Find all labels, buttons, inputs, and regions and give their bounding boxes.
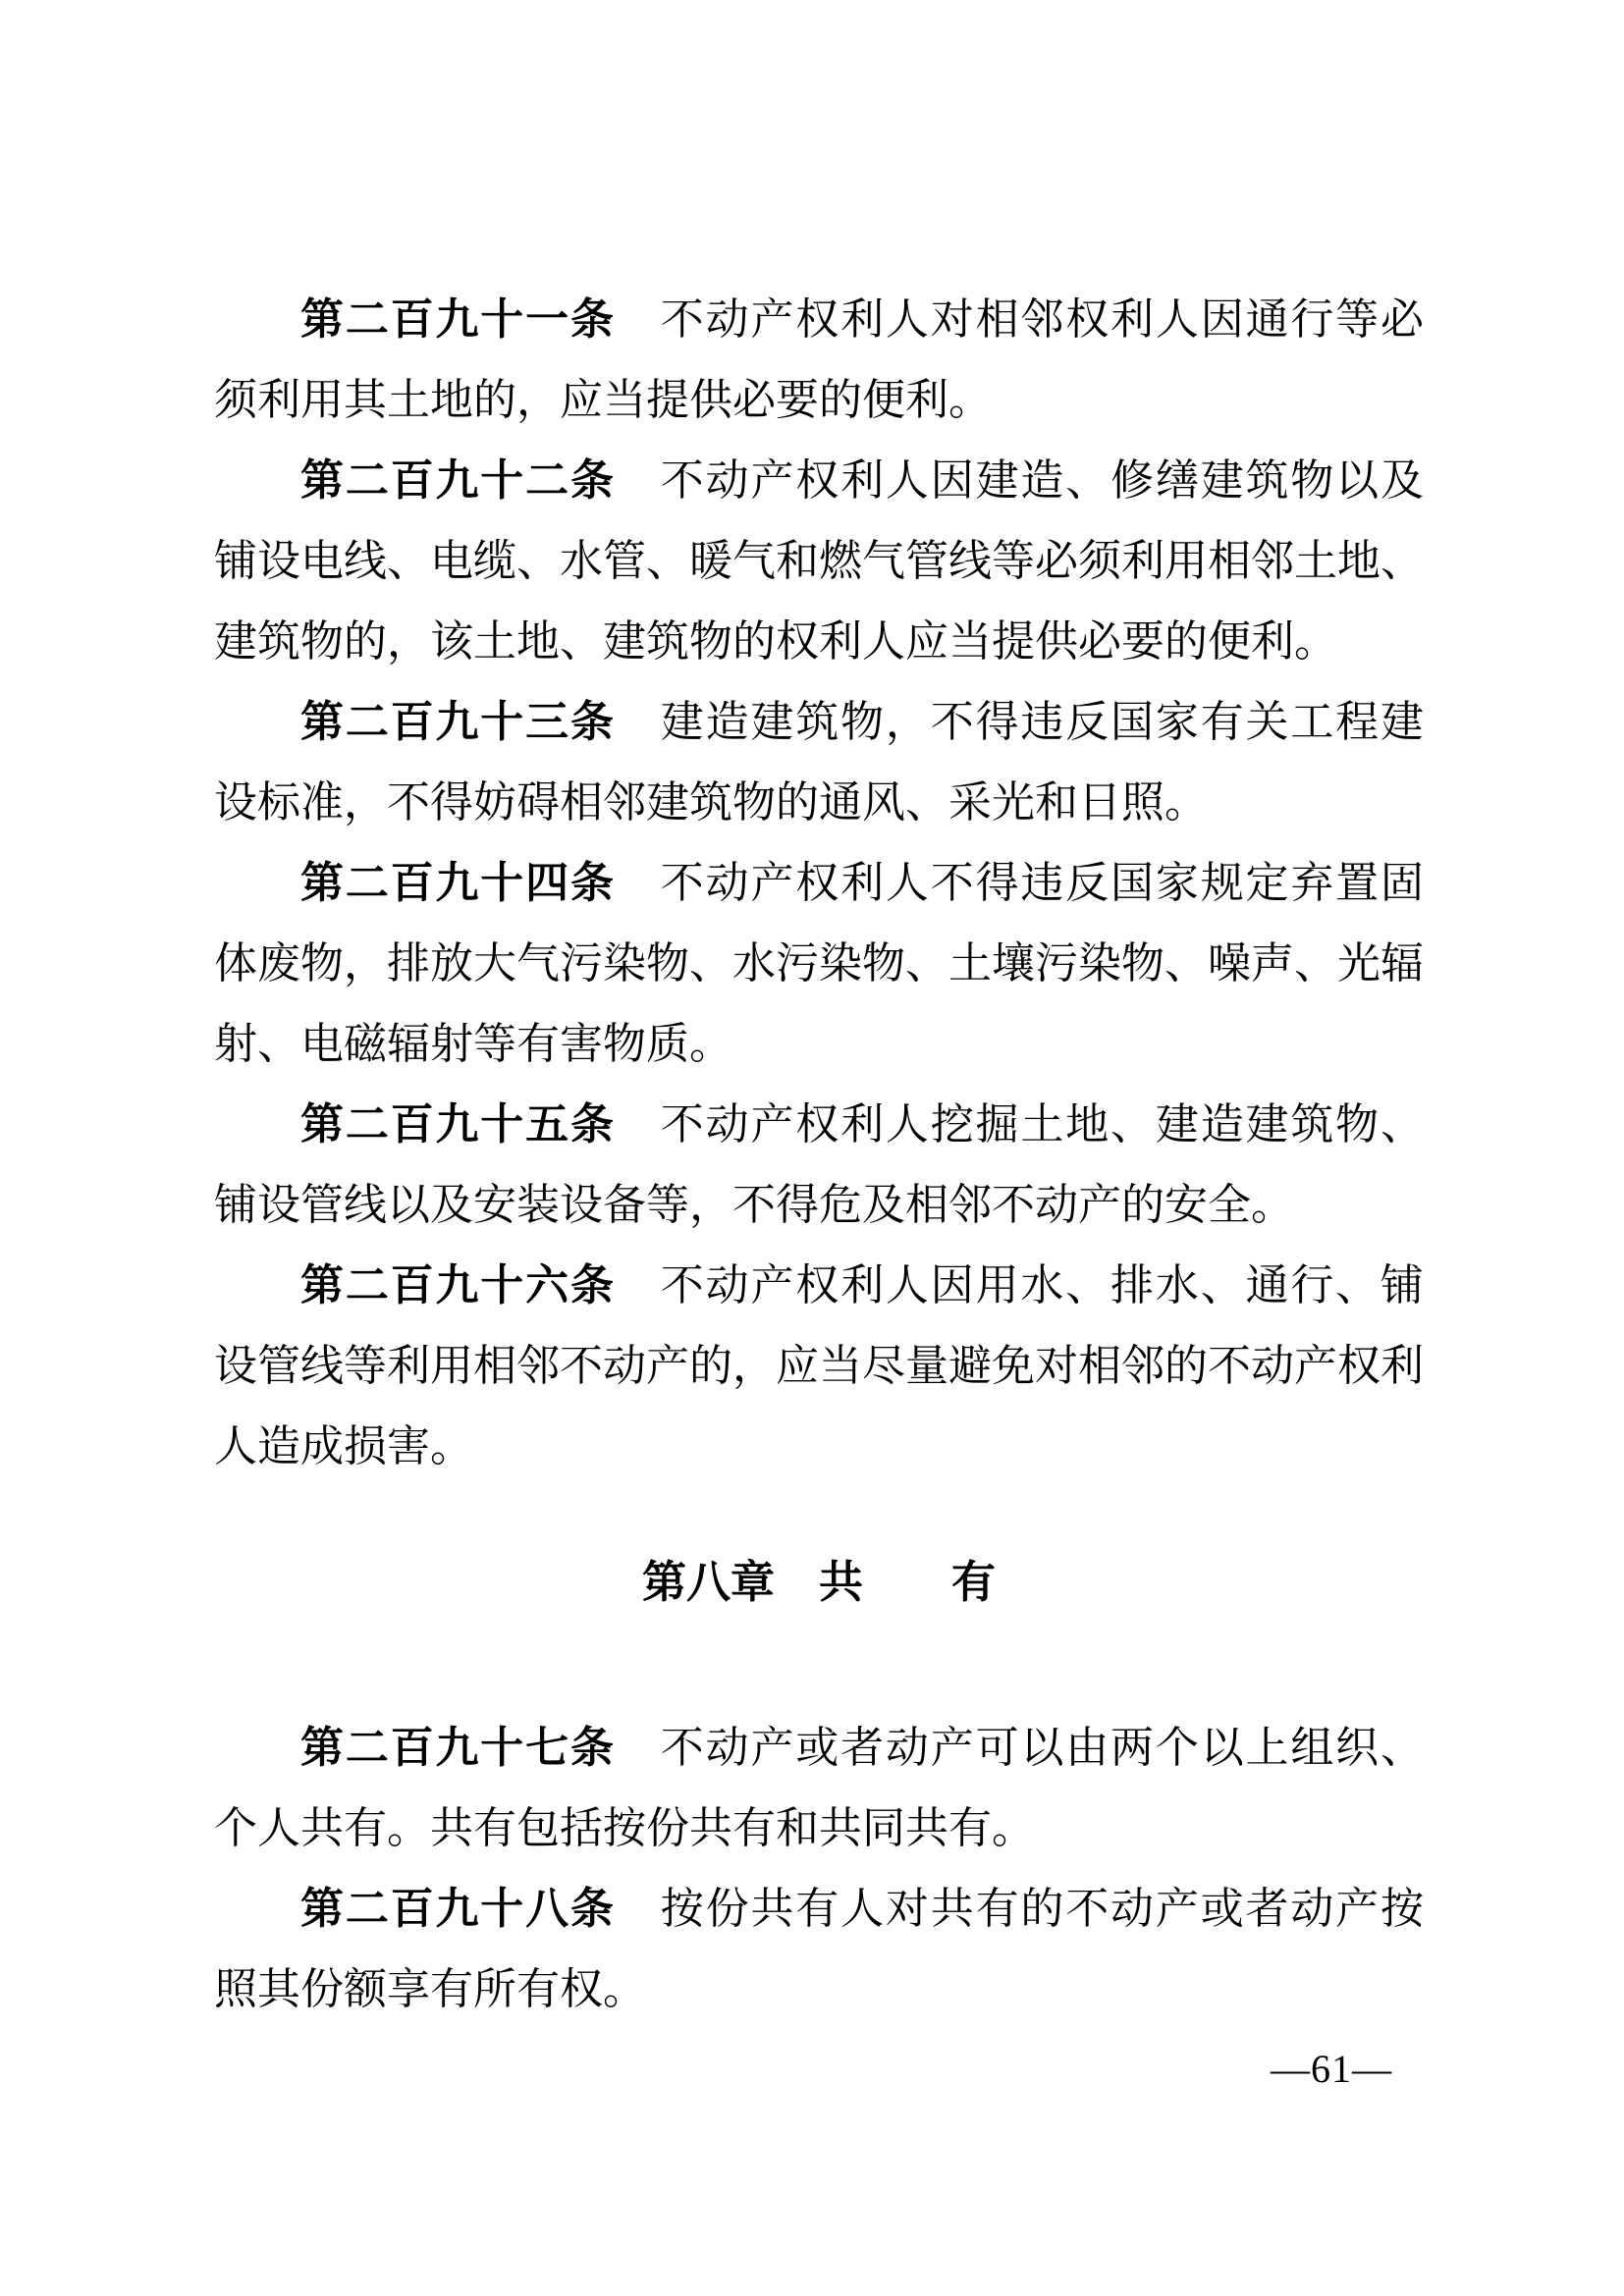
article-number: 第二百九十二条 — [300, 456, 616, 505]
article-paragraph: 第二百九十三条建造建筑物，不得违反国家有关工程建设标准，不得妨碍相邻建筑物的通风… — [214, 682, 1424, 843]
article-number: 第二百九十七条 — [300, 1724, 616, 1772]
article-paragraph: 第二百九十八条按份共有人对共有的不动产或者动产按照其份额享有所有权。 — [214, 1869, 1424, 2030]
article-number: 第二百九十八条 — [300, 1885, 616, 1933]
article-paragraph: 第二百九十四条不动产权利人不得违反国家规定弃置固体废物，排放大气污染物、水污染物… — [214, 843, 1424, 1085]
article-paragraph: 第二百九十一条不动产权利人对相邻权利人因通行等必须利用其土地的，应当提供必要的便… — [214, 280, 1424, 441]
article-paragraph: 第二百九十六条不动产权利人因用水、排水、通行、铺设管线等利用相邻不动产的，应当尽… — [214, 1246, 1424, 1487]
document-body: 第二百九十一条不动产权利人对相邻权利人因通行等必须利用其土地的，应当提供必要的便… — [214, 280, 1424, 2030]
article-paragraph: 第二百九十七条不动产或者动产可以由两个以上组织、个人共有。共有包括按份共有和共同… — [214, 1708, 1424, 1869]
article-number: 第二百九十三条 — [300, 698, 616, 746]
article-number: 第二百九十一条 — [300, 295, 616, 344]
article-number: 第二百九十四条 — [300, 859, 616, 907]
document-page: 第二百九十一条不动产权利人对相邻权利人因通行等必须利用其土地的，应当提供必要的便… — [0, 0, 1624, 2296]
page-number: —61— — [1271, 2048, 1392, 2091]
article-paragraph: 第二百九十五条不动产权利人挖掘土地、建造建筑物、铺设管线以及安装设备等，不得危及… — [214, 1085, 1424, 1246]
article-paragraph: 第二百九十二条不动产权利人因建造、修缮建筑物以及铺设电线、电缆、水管、暖气和燃气… — [214, 441, 1424, 682]
chapter-heading: 第八章 共 有 — [214, 1542, 1424, 1623]
article-number: 第二百九十六条 — [300, 1261, 616, 1309]
article-number: 第二百九十五条 — [300, 1100, 616, 1148]
